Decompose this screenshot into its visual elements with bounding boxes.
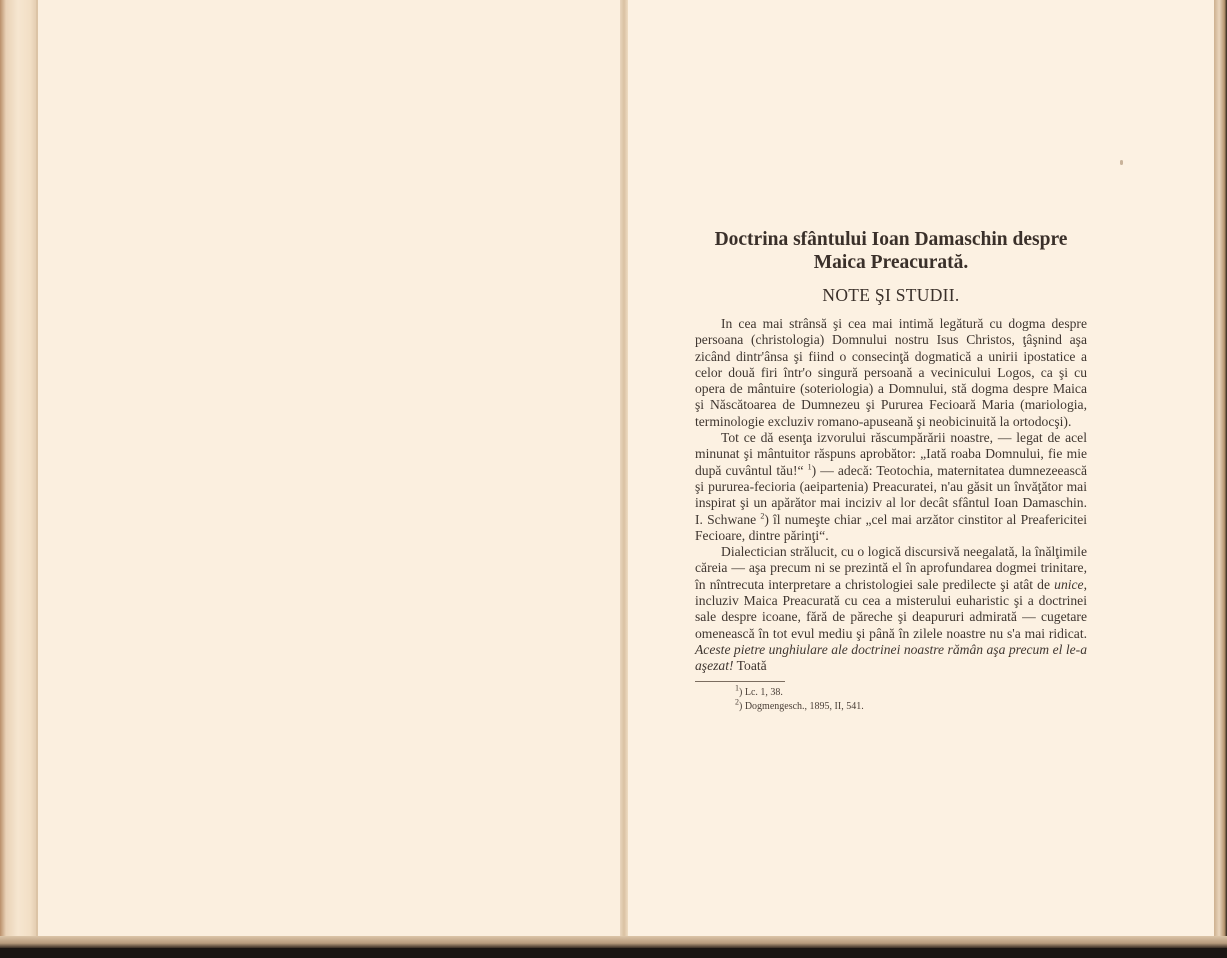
paragraph-2: Tot ce dă esenţa izvorului răscumpărării… xyxy=(695,430,1087,544)
open-book: Doctrina sfântului Ioan Damaschin despre… xyxy=(0,0,1227,948)
paragraph-3: Dialectician strălucit, cu o logică disc… xyxy=(695,544,1087,674)
footnote-2-text: ) Dogmengesch., 1895, II, 541. xyxy=(739,701,864,712)
book-bottom-edge xyxy=(0,936,1227,948)
book-gutter xyxy=(620,0,628,948)
paragraph-3-text-a: Dialectician strălucit, cu o logică disc… xyxy=(695,544,1087,592)
footnotes: 1) Lc. 1, 38. 2) Dogmengesch., 1895, II,… xyxy=(695,686,1087,714)
title-line-2: Maica Preacurată. xyxy=(814,252,969,273)
section-subtitle: NOTE ŞI STUDII. xyxy=(695,285,1087,306)
book-left-edge xyxy=(0,0,36,948)
footnote-1: 1) Lc. 1, 38. xyxy=(735,686,1087,700)
article-title: Doctrina sfântului Ioan Damaschin despre… xyxy=(695,228,1087,274)
footnote-2: 2) Dogmengesch., 1895, II, 541. xyxy=(735,700,1087,714)
footnote-separator xyxy=(695,681,785,682)
paper-speck xyxy=(1120,160,1123,165)
title-line-1: Doctrina sfântului Ioan Damaschin despre xyxy=(715,229,1068,250)
emphasis-word: unice xyxy=(1054,577,1083,592)
page-content: Doctrina sfântului Ioan Damaschin despre… xyxy=(695,228,1087,714)
paragraph-1: In cea mai strânsă şi cea mai intimă leg… xyxy=(695,316,1087,430)
book-right-edge xyxy=(1214,0,1227,948)
paragraph-3-text-c: Toată xyxy=(734,658,767,673)
left-page-blank xyxy=(38,0,620,942)
footnote-1-text: ) Lc. 1, 38. xyxy=(739,687,783,698)
